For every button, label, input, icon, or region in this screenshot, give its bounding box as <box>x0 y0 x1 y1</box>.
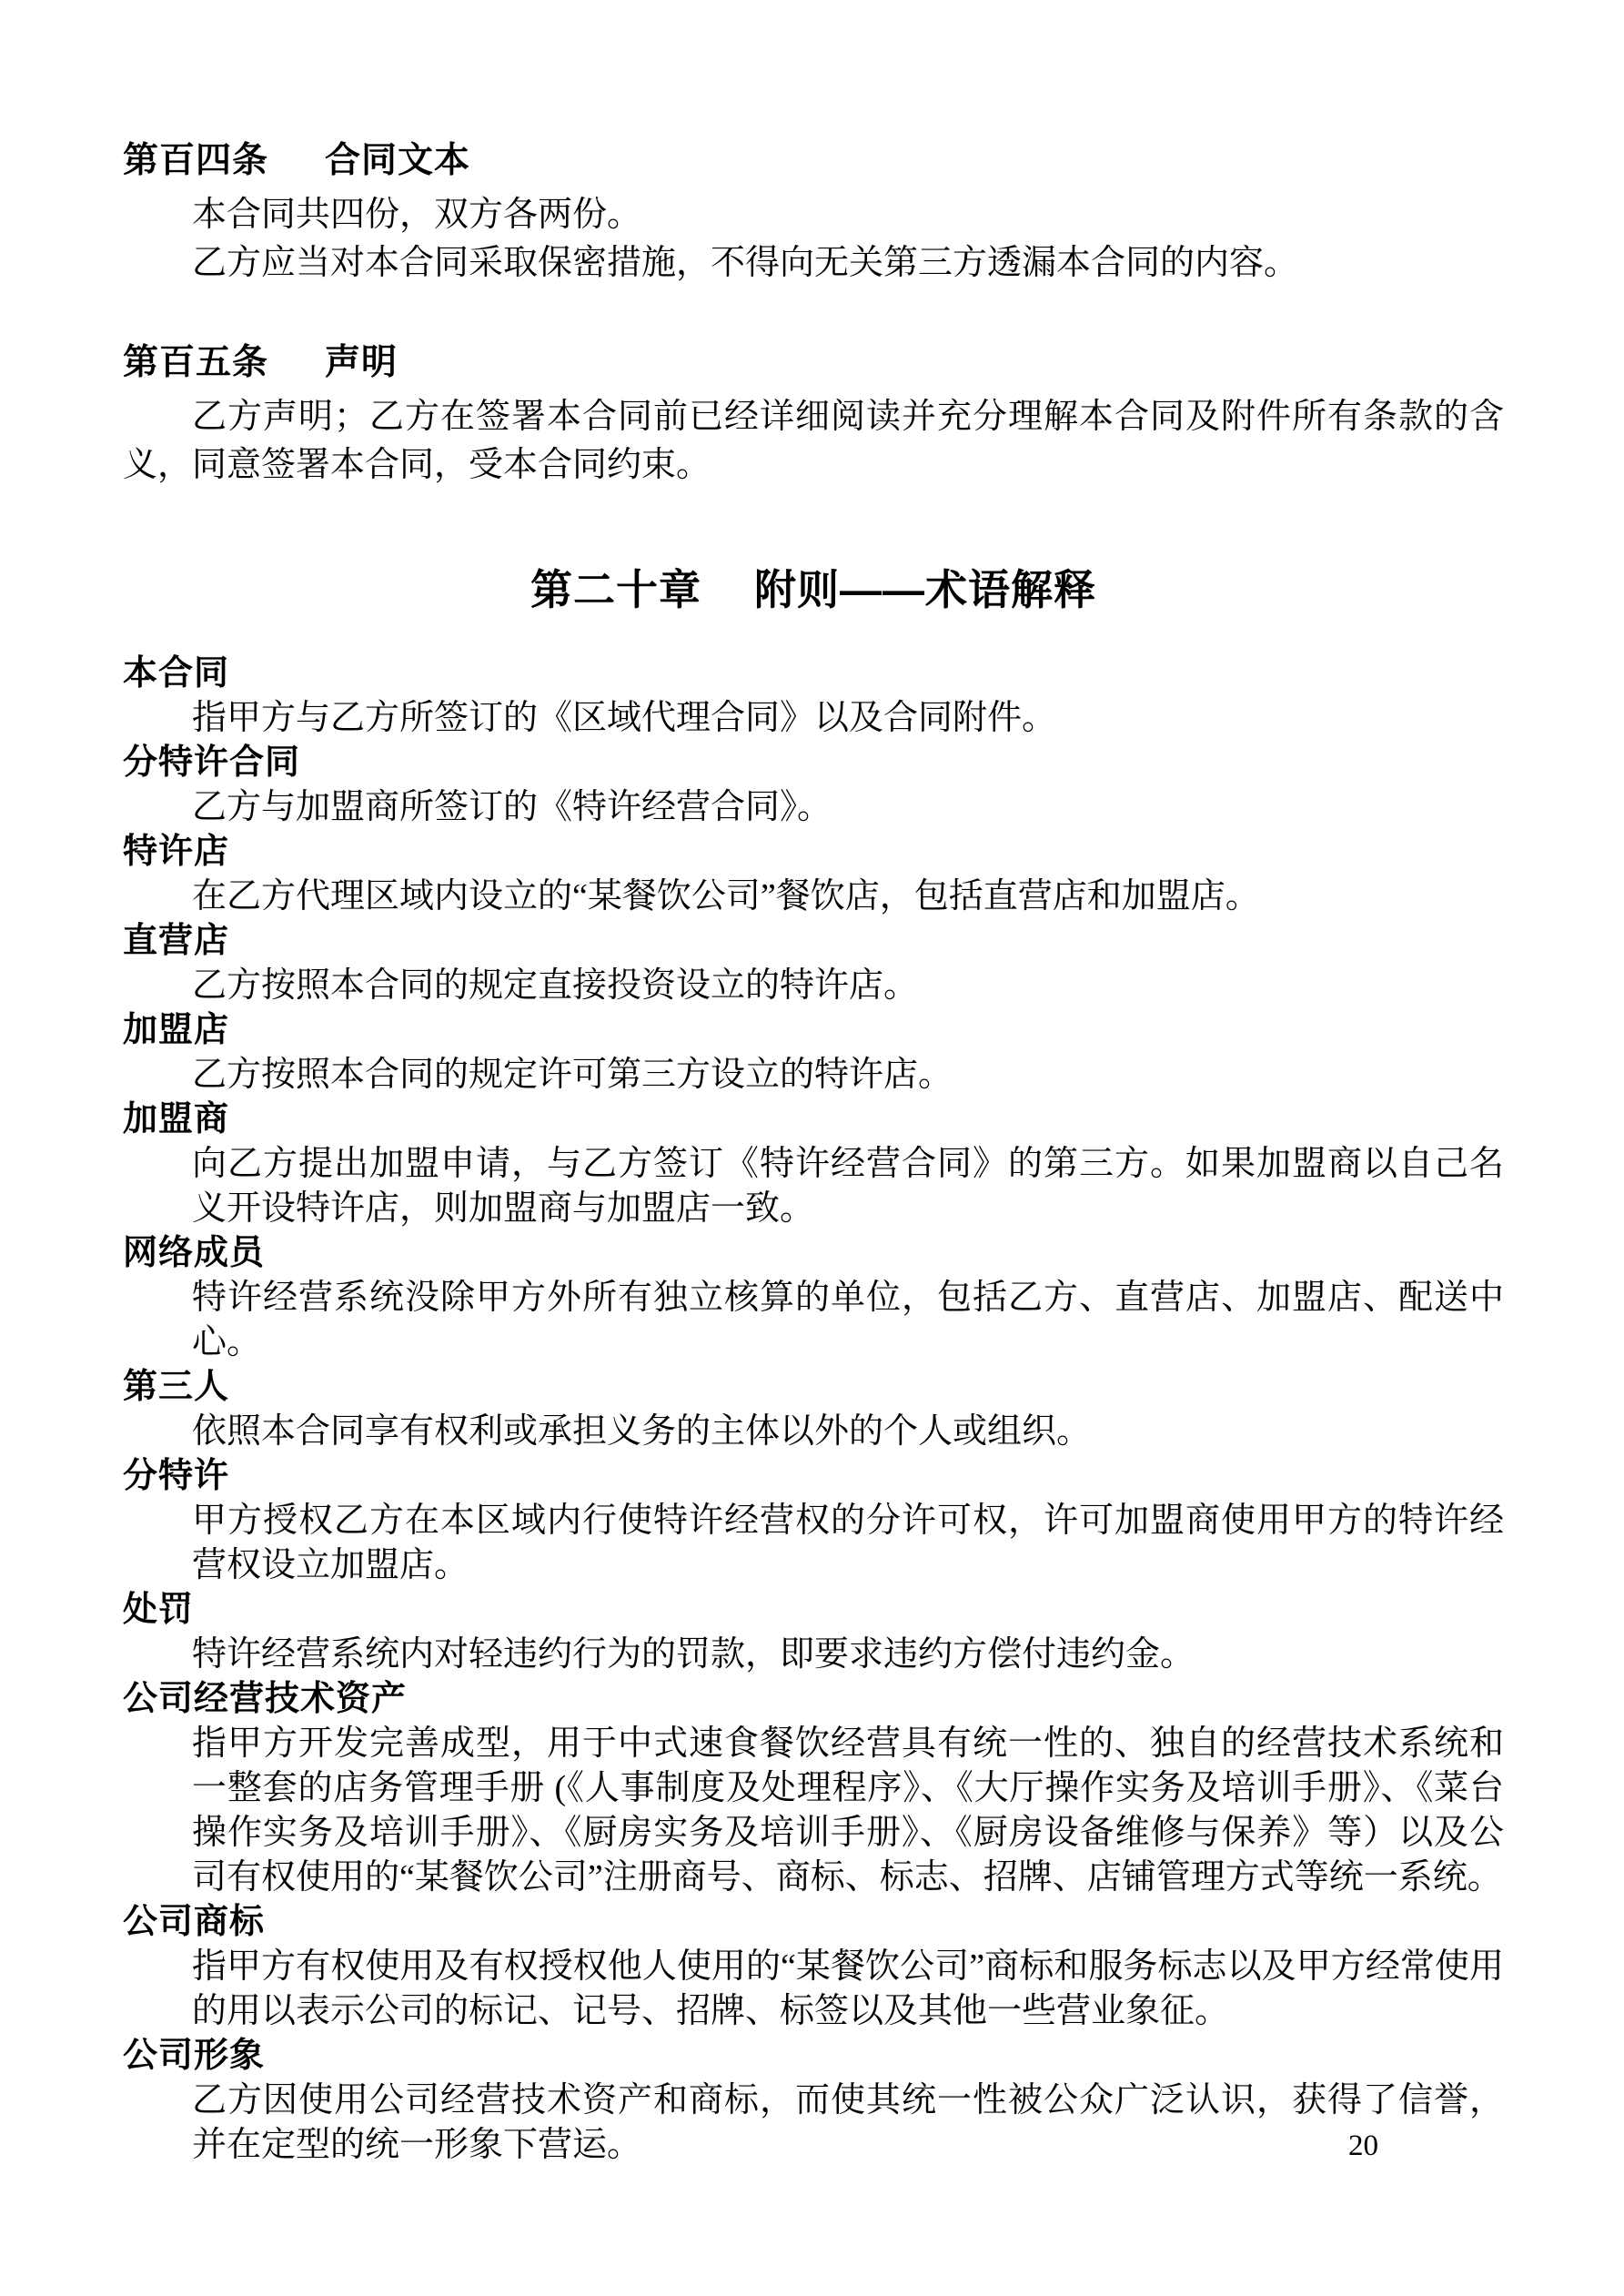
article-paragraph: 本合同共四份，双方各两份。 <box>123 191 1504 239</box>
term-name: 公司经营技术资产 <box>123 1677 1504 1722</box>
term-name: 第三人 <box>123 1365 1504 1410</box>
term-block: 加盟店乙方按照本合同的规定许可第三方设立的特许店。 <box>123 1008 1504 1097</box>
term-definition: 乙方与加盟商所签订的《特许经营合同》。 <box>192 785 1504 830</box>
term-block: 公司商标指甲方有权使用及有权授权他人使用的“某餐饮公司”商标和服务标志以及甲方经… <box>123 1900 1504 2034</box>
term-block: 分特许合同乙方与加盟商所签订的《特许经营合同》。 <box>123 741 1504 830</box>
page-content: 第百四条合同文本本合同共四份，双方各两份。乙方应当对本合同采取保密措施，不得向无… <box>0 0 1624 2168</box>
article-paragraph: 乙方声明；乙方在签署本合同前已经详细阅读并充分理解本合同及附件所有条款的含义，同… <box>123 393 1504 490</box>
term-definition: 甲方授权乙方在本区域内行使特许经营权的分许可权，许可加盟商使用甲方的特许经营权设… <box>192 1499 1504 1588</box>
term-name: 分特许合同 <box>123 741 1504 785</box>
term-name: 加盟店 <box>123 1008 1504 1053</box>
page-number: 20 <box>1348 2128 1378 2164</box>
article-paragraph: 乙方应当对本合同采取保密措施，不得向无关第三方透漏本合同的内容。 <box>123 239 1504 288</box>
article-heading: 第百五条声明 <box>123 340 1504 386</box>
term-block: 公司经营技术资产指甲方开发完善成型，用于中式速食餐饮经营具有统一性的、独自的经营… <box>123 1677 1504 1900</box>
term-name: 直营店 <box>123 919 1504 964</box>
article-title: 声明 <box>325 343 398 382</box>
term-block: 本合同指甲方与乙方所签订的《区域代理合同》以及合同附件。 <box>123 652 1504 741</box>
article: 第百五条声明乙方声明；乙方在签署本合同前已经详细阅读并充分理解本合同及附件所有条… <box>123 340 1504 490</box>
chapter-number: 第二十章 <box>530 566 701 613</box>
term-name: 处罚 <box>123 1588 1504 1633</box>
term-definition: 指甲方与乙方所签订的《区域代理合同》以及合同附件。 <box>192 696 1504 741</box>
term-name: 加盟商 <box>123 1097 1504 1142</box>
term-definition: 特许经营系统内对轻违约行为的罚款，即要求违约方偿付违约金。 <box>192 1633 1504 1677</box>
term-block: 网络成员特许经营系统没除甲方外所有独立核算的单位，包括乙方、直营店、加盟店、配送… <box>123 1231 1504 1365</box>
chapter-title: 附则——术语解释 <box>754 566 1096 613</box>
term-name: 特许店 <box>123 830 1504 875</box>
article-heading: 第百四条合同文本 <box>123 138 1504 184</box>
term-block: 直营店乙方按照本合同的规定直接投资设立的特许店。 <box>123 919 1504 1008</box>
term-block: 公司形象乙方因使用公司经营技术资产和商标，而使其统一性被公众广泛认识，获得了信誉… <box>123 2034 1504 2168</box>
term-definition: 乙方按照本合同的规定许可第三方设立的特许店。 <box>192 1053 1504 1097</box>
chapter-heading: 第二十章附则——术语解释 <box>123 562 1504 617</box>
term-definition: 向乙方提出加盟申请，与乙方签订《特许经营合同》的第三方。如果加盟商以自己名义开设… <box>192 1142 1504 1231</box>
term-name: 网络成员 <box>123 1231 1504 1276</box>
articles-section: 第百四条合同文本本合同共四份，双方各两份。乙方应当对本合同采取保密措施，不得向无… <box>123 138 1504 490</box>
article: 第百四条合同文本本合同共四份，双方各两份。乙方应当对本合同采取保密措施，不得向无… <box>123 138 1504 288</box>
article-title: 合同文本 <box>325 141 470 180</box>
article-number: 第百五条 <box>123 343 268 382</box>
term-block: 加盟商向乙方提出加盟申请，与乙方签订《特许经营合同》的第三方。如果加盟商以自己名… <box>123 1097 1504 1231</box>
term-definition: 依照本合同享有权利或承担义务的主体以外的个人或组织。 <box>192 1410 1504 1454</box>
term-name: 公司形象 <box>123 2034 1504 2079</box>
term-definition: 乙方按照本合同的规定直接投资设立的特许店。 <box>192 964 1504 1008</box>
term-definition: 指甲方开发完善成型，用于中式速食餐饮经营具有统一性的、独自的经营技术系统和一整套… <box>192 1722 1504 1900</box>
term-definition: 乙方因使用公司经营技术资产和商标，而使其统一性被公众广泛认识，获得了信誉，并在定… <box>192 2079 1504 2168</box>
term-definition: 指甲方有权使用及有权授权他人使用的“某餐饮公司”商标和服务标志以及甲方经常使用的… <box>192 1945 1504 2034</box>
terms-section: 本合同指甲方与乙方所签订的《区域代理合同》以及合同附件。分特许合同乙方与加盟商所… <box>123 652 1504 2168</box>
term-block: 处罚特许经营系统内对轻违约行为的罚款，即要求违约方偿付违约金。 <box>123 1588 1504 1677</box>
term-name: 本合同 <box>123 652 1504 696</box>
term-block: 特许店在乙方代理区域内设立的“某餐饮公司”餐饮店，包括直营店和加盟店。 <box>123 830 1504 919</box>
term-name: 分特许 <box>123 1454 1504 1499</box>
term-definition: 在乙方代理区域内设立的“某餐饮公司”餐饮店，包括直营店和加盟店。 <box>192 875 1504 919</box>
article-number: 第百四条 <box>123 141 268 180</box>
term-name: 公司商标 <box>123 1900 1504 1945</box>
term-block: 分特许甲方授权乙方在本区域内行使特许经营权的分许可权，许可加盟商使用甲方的特许经… <box>123 1454 1504 1588</box>
term-block: 第三人依照本合同享有权利或承担义务的主体以外的个人或组织。 <box>123 1365 1504 1454</box>
document-page: 第百四条合同文本本合同共四份，双方各两份。乙方应当对本合同采取保密措施，不得向无… <box>0 0 1624 2296</box>
term-definition: 特许经营系统没除甲方外所有独立核算的单位，包括乙方、直营店、加盟店、配送中心。 <box>192 1276 1504 1365</box>
